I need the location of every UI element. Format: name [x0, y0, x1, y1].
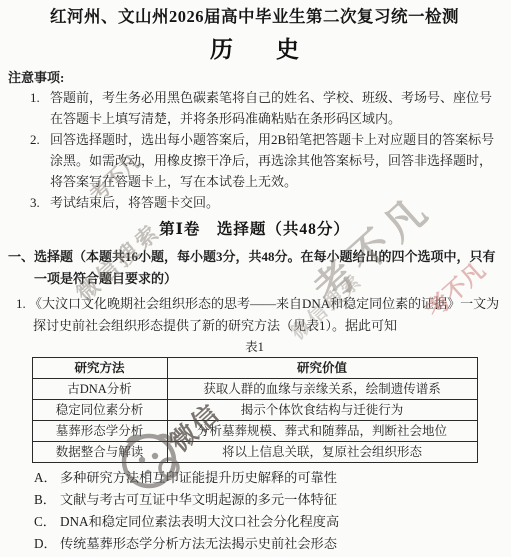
table-caption: 表1	[8, 339, 501, 356]
table-cell: 将以上信息关联，复原社会组织形态	[167, 442, 477, 463]
table-header-row: 研究方法 研究价值	[32, 358, 477, 379]
table-row: 墓葬形态学分析 分析墓葬规模、葬式和随葬品，判断社会地位	[32, 421, 477, 442]
option-c-text: DNA和稳定同位素法表明大汶口社会分化程度高	[60, 514, 501, 529]
notice-heading: 注意事项:	[8, 69, 501, 87]
notice-item-number: 2.	[30, 129, 50, 192]
section-title: 第Ⅰ卷 选择题（共48分）	[8, 219, 501, 241]
notice-item-number: 3.	[30, 192, 50, 213]
option-c-label: C．	[34, 514, 60, 529]
question-1-stem: 1. 《大汶口文化晚期社会组织形态的思考——来自DNA和稳定同位素的证据》一文为…	[8, 293, 501, 337]
option-a-text: 多种研究方法相互印证能提升历史解释的可靠性	[60, 470, 501, 485]
table-cell: 稳定同位素分析	[32, 400, 167, 421]
table-row: 数据整合与解读 将以上信息关联，复原社会组织形态	[32, 442, 477, 463]
exam-title: 红河州、文山州2026届高中毕业生第二次复习统一检测	[8, 6, 501, 28]
option-b-text: 文献与考古可互证中华文明起源的多元一体特征	[60, 492, 501, 507]
question-1-text: 《大汶口文化晚期社会组织形态的思考——来自DNA和稳定同位素的证据》一文为探讨史…	[29, 296, 499, 333]
option-d: D． 传统墓葬形态学分析方法无法揭示史前社会形态	[34, 536, 501, 551]
notice-item-number: 1.	[30, 87, 50, 129]
table-cell: 古DNA分析	[32, 379, 167, 400]
option-b: B． 文献与考古可互证中华文明起源的多元一体特征	[34, 492, 501, 507]
option-c: C． DNA和稳定同位素法表明大汶口社会分化程度高	[34, 514, 501, 529]
question-1-number: 1.	[16, 296, 26, 311]
notice-item: 2. 回答选择题时，选出每小题答案后，用2B铅笔把答题卡上对应题目的答案标号涂黑…	[30, 129, 501, 192]
research-methods-table: 研究方法 研究价值 古DNA分析 获取人群的血缘与亲缘关系，绘制遗传谱系 稳定同…	[32, 357, 478, 463]
section-instruction: 一、选择题（本题共16小题，每小题3分，共48分。在每小题给出的四个选项中，只有…	[8, 246, 501, 290]
option-a: A． 多种研究方法相互印证能提升历史解释的可靠性	[34, 470, 501, 485]
notice-item-text: 回答选择题时，选出每小题答案后，用2B铅笔把答题卡上对应题目的答案标号涂黑。如需…	[50, 129, 501, 192]
option-d-label: D．	[34, 536, 60, 551]
table-cell: 墓葬形态学分析	[32, 421, 167, 442]
exam-subject-title: 历 史	[8, 37, 501, 63]
option-d-text: 传统墓葬形态学分析方法无法揭示史前社会形态	[60, 536, 501, 551]
exam-paper-page: 红河州、文山州2026届高中毕业生第二次复习统一检测 历 史 注意事项: 1. …	[0, 0, 511, 557]
notice-item-text: 答题前，考生务必用黑色碳素笔将自己的姓名、学校、班级、考场号、座位号在答题卡上填…	[50, 87, 501, 129]
table-header-cell: 研究方法	[32, 358, 167, 379]
option-a-label: A．	[34, 470, 60, 485]
notice-item: 3. 考试结束后，将答题卡交回。	[30, 192, 501, 213]
notice-list: 1. 答题前，考生务必用黑色碳素笔将自己的姓名、学校、班级、考场号、座位号在答题…	[30, 87, 501, 213]
notice-item: 1. 答题前，考生务必用黑色碳素笔将自己的姓名、学校、班级、考场号、座位号在答题…	[30, 87, 501, 129]
table-row: 古DNA分析 获取人群的血缘与亲缘关系，绘制遗传谱系	[32, 379, 477, 400]
table-header-cell: 研究价值	[167, 358, 477, 379]
options-list: A． 多种研究方法相互印证能提升历史解释的可靠性 B． 文献与考古可互证中华文明…	[34, 470, 501, 551]
table-row: 稳定同位素分析 揭示个体饮食结构与迁徙行为	[32, 400, 477, 421]
notice-item-text: 考试结束后，将答题卡交回。	[50, 192, 501, 213]
table-cell: 分析墓葬规模、葬式和随葬品，判断社会地位	[167, 421, 477, 442]
table-cell: 揭示个体饮食结构与迁徙行为	[167, 400, 477, 421]
table-cell: 数据整合与解读	[32, 442, 167, 463]
table-cell: 获取人群的血缘与亲缘关系，绘制遗传谱系	[167, 379, 477, 400]
option-b-label: B．	[34, 492, 60, 507]
